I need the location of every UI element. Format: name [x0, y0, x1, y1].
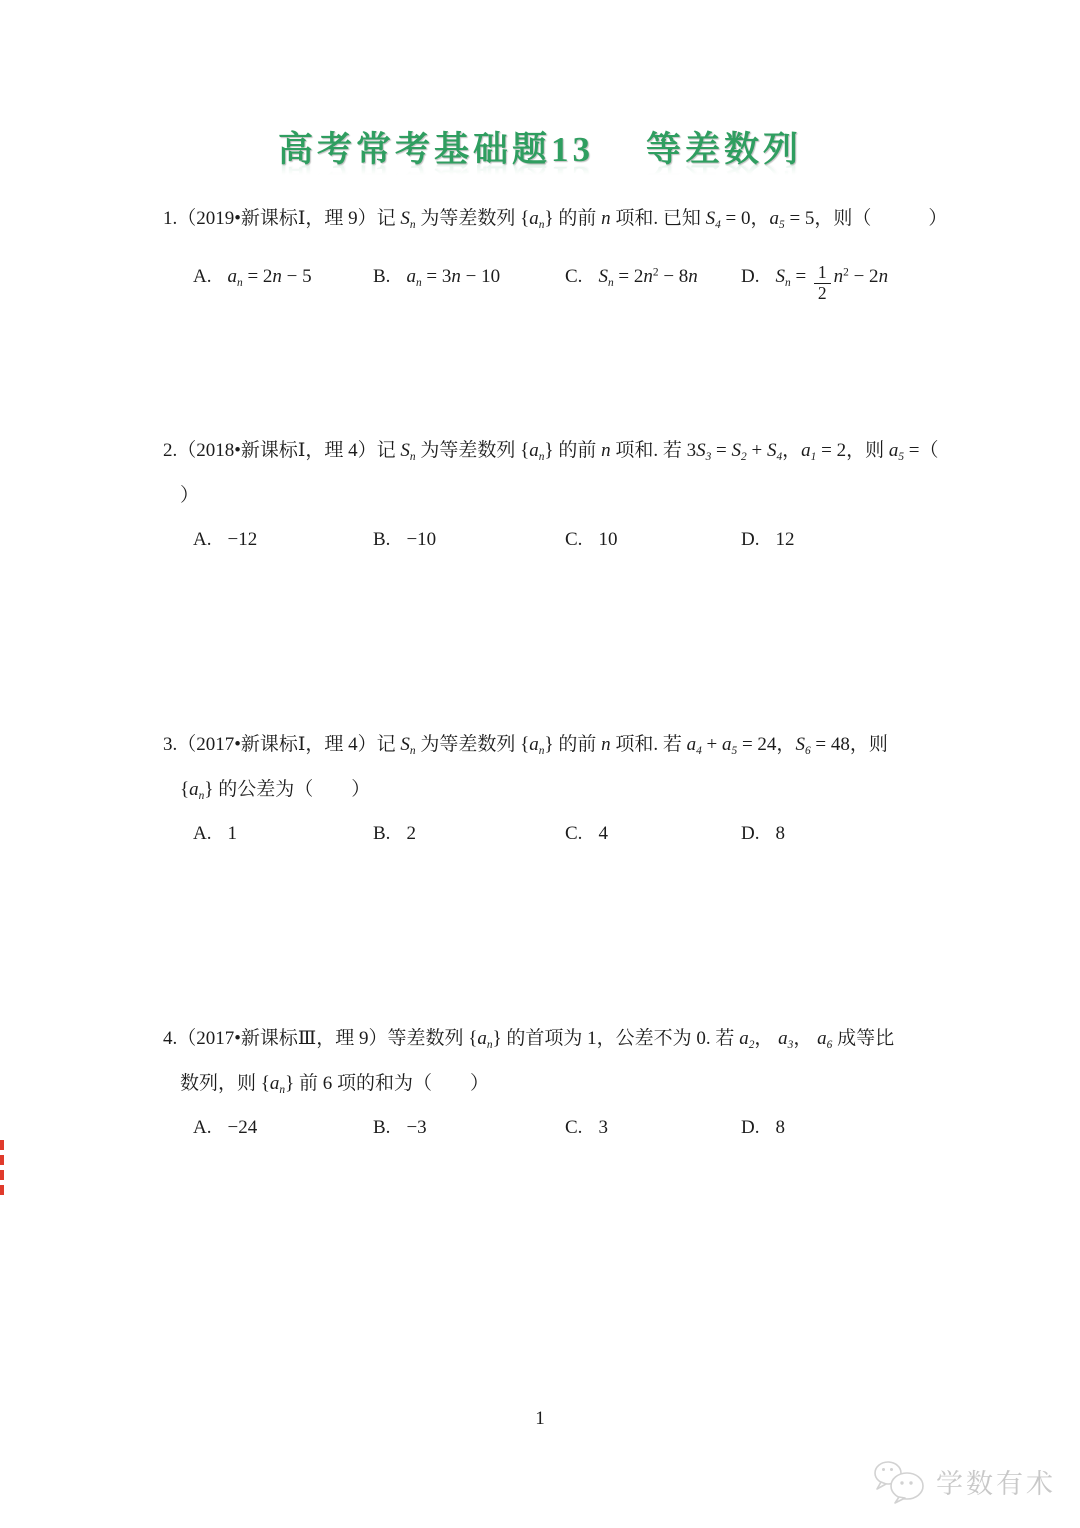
option-text: Sn = 2n2 − 8n	[598, 266, 697, 287]
option-text: −3	[406, 1117, 426, 1138]
watermark-text: 学数有术	[936, 1462, 1056, 1501]
option-text: 4	[598, 823, 608, 844]
question-3-options: A.1 B.2 C.4 D.8	[163, 814, 938, 854]
question-4-option-d: D.8	[741, 1108, 785, 1148]
page-number: 1	[0, 1408, 1080, 1430]
option-label: B.	[373, 823, 390, 844]
question-4-option-c: C.3	[565, 1108, 608, 1148]
question-1-stem-line-1: 1.（2019•新课标Ⅰ，理 9）记 Sn 为等差数列 {an} 的前 n 项和…	[163, 196, 938, 241]
question-2-option-a: A.−12	[193, 520, 257, 560]
option-text: an = 3n − 10	[406, 266, 500, 287]
question-3-option-d: D.8	[741, 814, 785, 854]
question-3-stem-line-1: 3.（2017•新课标Ⅰ，理 4）记 Sn 为等差数列 {an} 的前 n 项和…	[163, 722, 938, 767]
option-text: 12	[775, 529, 794, 550]
page-title-part-2: 等差数列	[646, 130, 802, 169]
question-4-stem-line-2: 数列，则 {an} 前 6 项的和为（ ）	[163, 1061, 938, 1106]
option-label: D.	[741, 1117, 759, 1138]
question-4: 4.（2017•新课标Ⅲ，理 9）等差数列 {an} 的首项为 1，公差不为 0…	[163, 1016, 938, 1148]
question-4-options: A.−24 B.−3 C.3 D.8	[163, 1108, 938, 1148]
question-1-option-d: D.Sn = 12n2 − 2n	[741, 247, 888, 307]
option-label: C.	[565, 266, 582, 287]
page-title: 高考常考基础题13等差数列	[0, 122, 1080, 172]
option-text: −12	[227, 529, 257, 550]
wechat-icon	[868, 1456, 930, 1506]
option-label: A.	[193, 823, 211, 844]
question-3: 3.（2017•新课标Ⅰ，理 4）记 Sn 为等差数列 {an} 的前 n 项和…	[163, 722, 938, 854]
option-text: Sn = 12n2 − 2n	[775, 266, 888, 287]
option-label: C.	[565, 1117, 582, 1138]
option-text: 8	[775, 823, 785, 844]
left-edge-red-dashes	[0, 1140, 4, 1198]
question-4-option-a: A.−24	[193, 1108, 257, 1148]
question-1-option-c: C.Sn = 2n2 − 8n	[565, 247, 698, 307]
option-label: A.	[193, 266, 211, 287]
option-text: 10	[598, 529, 617, 550]
question-2: 2.（2018•新课标Ⅰ，理 4）记 Sn 为等差数列 {an} 的前 n 项和…	[163, 428, 938, 560]
question-3-option-b: B.2	[373, 814, 416, 854]
question-2-option-c: C.10	[565, 520, 617, 560]
option-label: C.	[565, 823, 582, 844]
option-label: B.	[373, 529, 390, 550]
question-2-option-b: B.−10	[373, 520, 436, 560]
question-4-stem-line-1: 4.（2017•新课标Ⅲ，理 9）等差数列 {an} 的首项为 1，公差不为 0…	[163, 1016, 938, 1061]
question-2-stem-line-1: 2.（2018•新课标Ⅰ，理 4）记 Sn 为等差数列 {an} 的前 n 项和…	[163, 428, 938, 473]
question-3-option-c: C.4	[565, 814, 608, 854]
question-1-option-b: B.an = 3n − 10	[373, 247, 500, 307]
question-2-options: A.−12 B.−10 C.10 D.12	[163, 520, 938, 560]
option-text: an = 2n − 5	[227, 266, 311, 287]
question-4-option-b: B.−3	[373, 1108, 427, 1148]
option-text: −10	[406, 529, 436, 550]
option-label: B.	[373, 1117, 390, 1138]
question-3-stem-line-2: {an} 的公差为（ ）	[163, 767, 938, 812]
option-label: D.	[741, 266, 759, 287]
question-1-options: A.an = 2n − 5 B.an = 3n − 10 C.Sn = 2n2 …	[163, 247, 938, 307]
question-1: 1.（2019•新课标Ⅰ，理 9）记 Sn 为等差数列 {an} 的前 n 项和…	[163, 196, 938, 307]
option-text: −24	[227, 1117, 257, 1138]
option-text: 8	[775, 1117, 785, 1138]
question-1-option-a: A.an = 2n − 5	[193, 247, 312, 307]
option-label: D.	[741, 529, 759, 550]
option-label: A.	[193, 1117, 211, 1138]
worksheet-page: 高考常考基础题13等差数列 1.（2019•新课标Ⅰ，理 9）记 Sn 为等差数…	[0, 0, 1080, 1528]
option-text: 3	[598, 1117, 608, 1138]
question-3-option-a: A.1	[193, 814, 237, 854]
question-2-stem-line-2: ）	[163, 473, 938, 518]
page-title-part-1: 高考常考基础题13	[278, 130, 594, 169]
question-2-option-d: D.12	[741, 520, 794, 560]
option-label: A.	[193, 529, 211, 550]
option-label: C.	[565, 529, 582, 550]
option-label: D.	[741, 823, 759, 844]
option-text: 1	[227, 823, 237, 844]
option-text: 2	[406, 823, 416, 844]
watermark: 学数有术	[868, 1456, 1056, 1506]
option-label: B.	[373, 266, 390, 287]
